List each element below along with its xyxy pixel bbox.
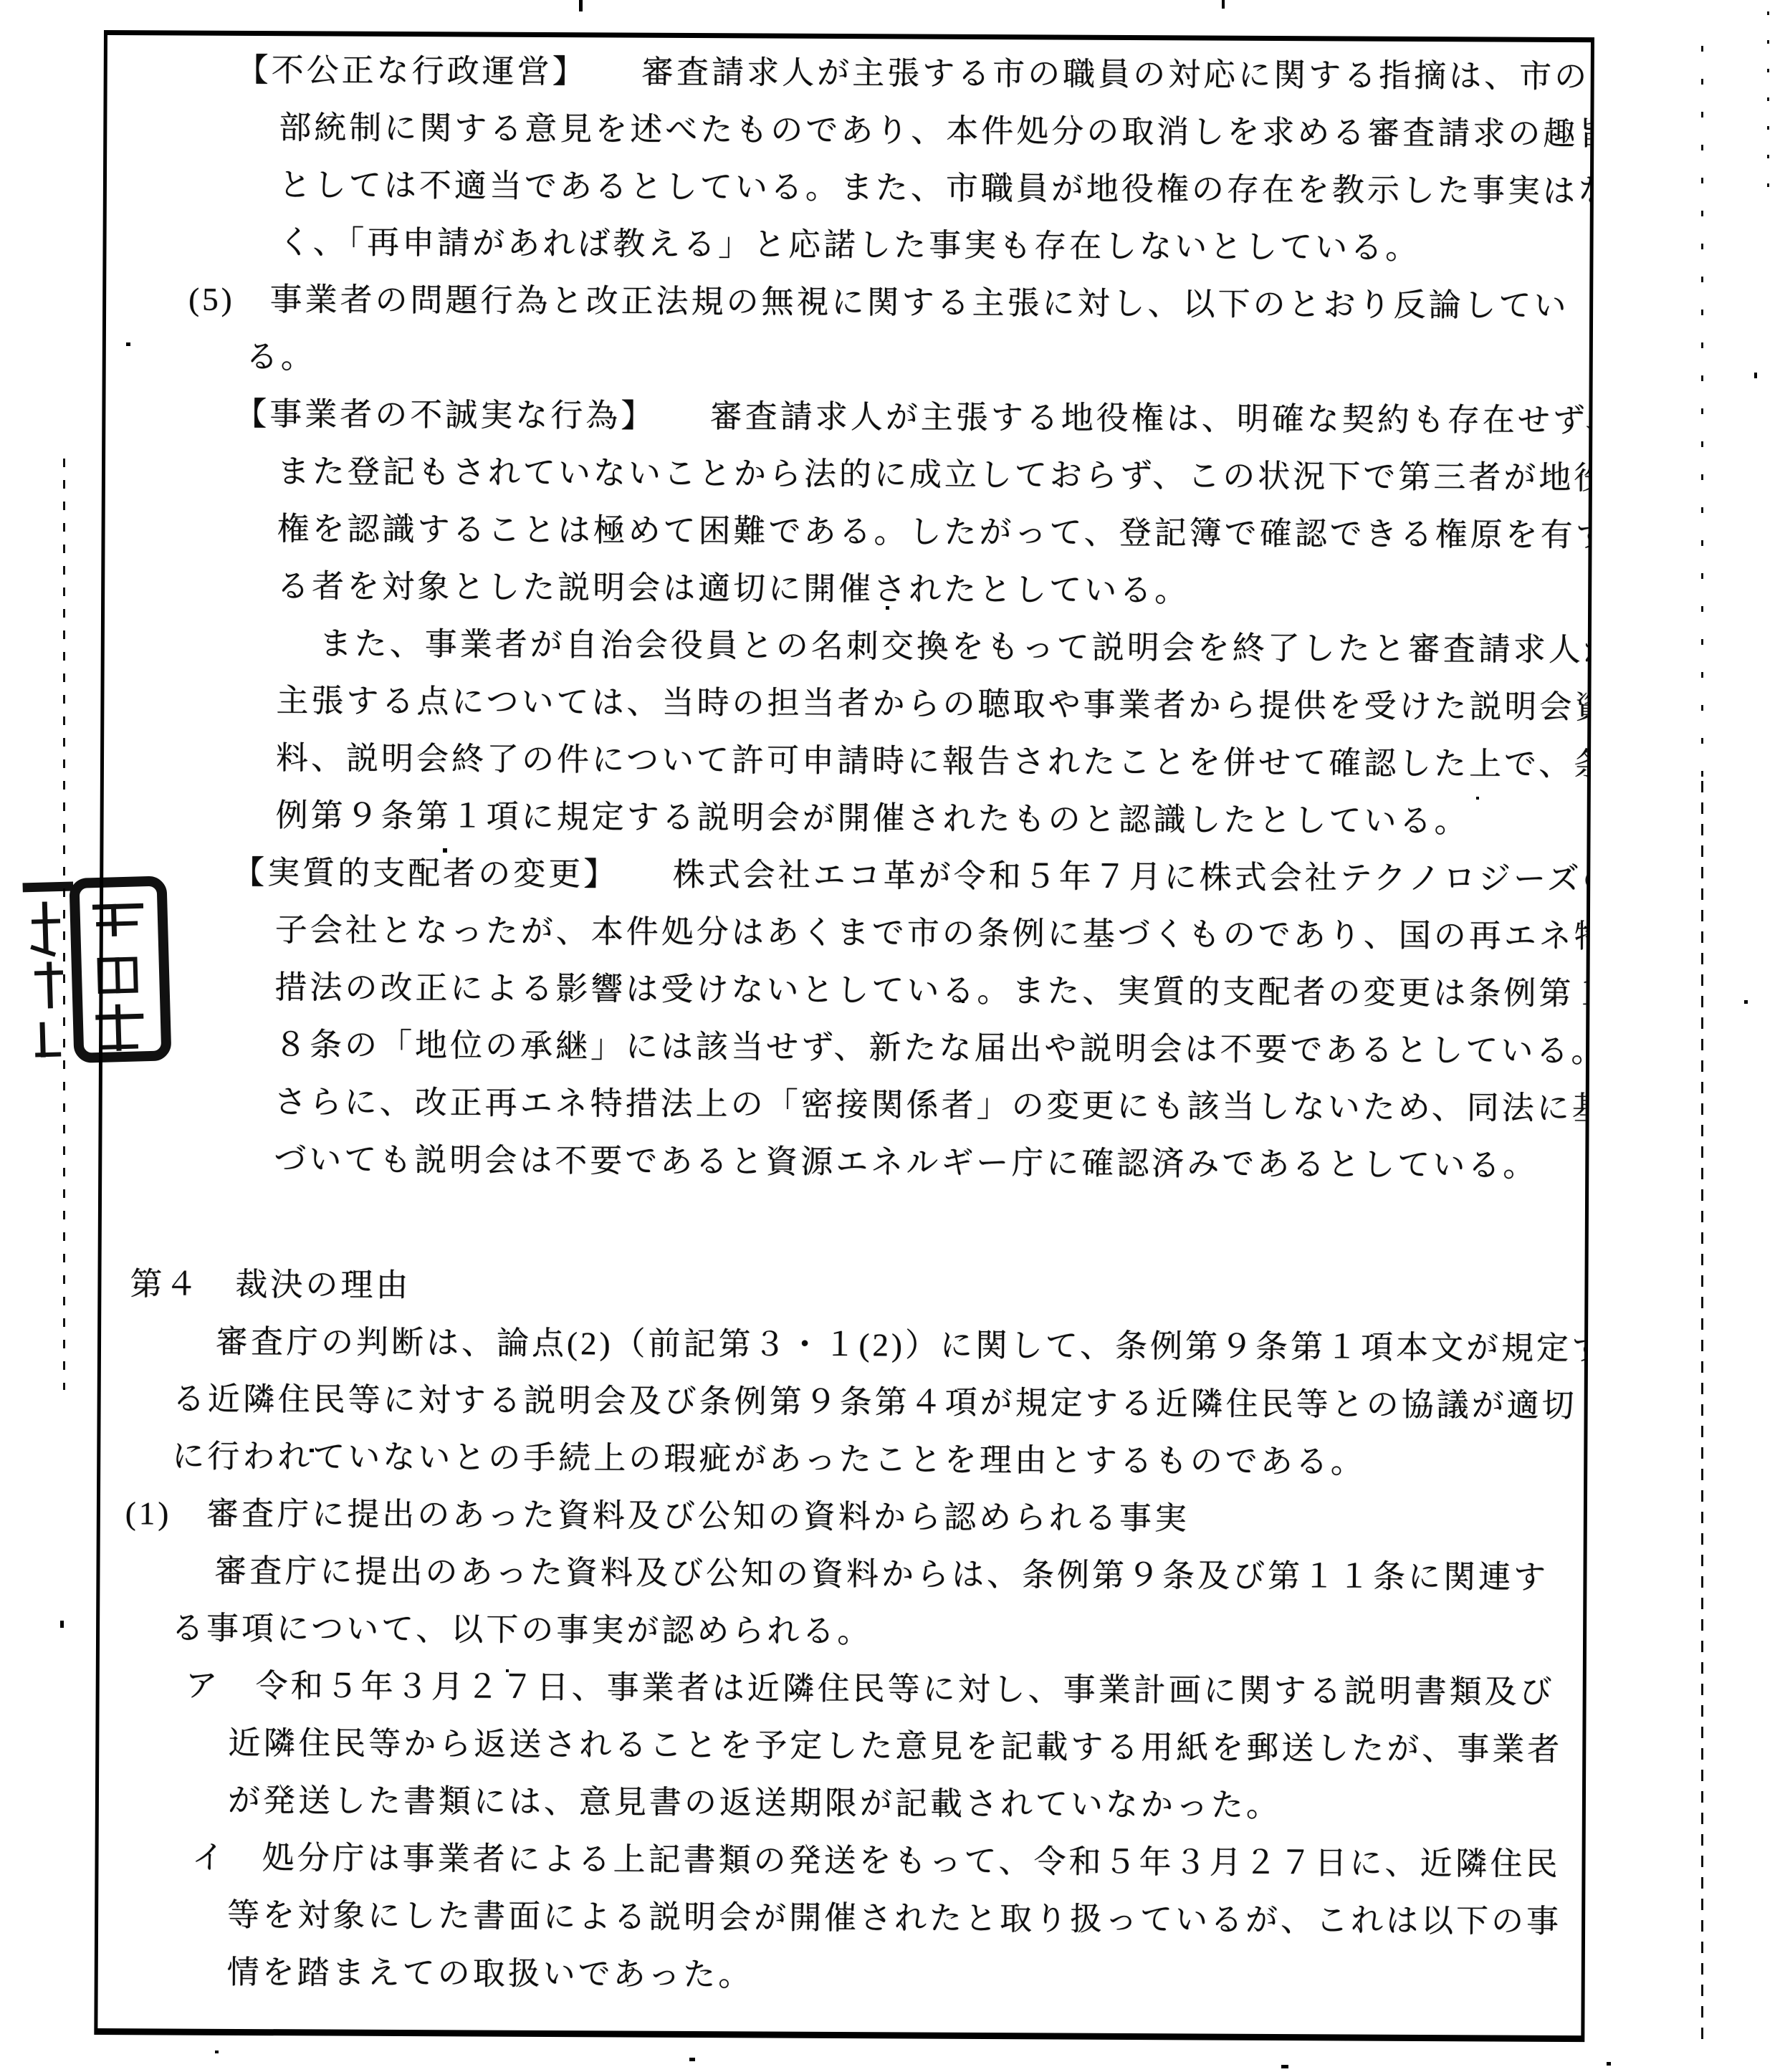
text-line: イ 処分庁は事業者による上記書類の発送をもって、令和５年３月２７日に、近隣住民 [98,1828,1582,1893]
text-line: る事項について、以下の事実が認められる。 [100,1599,1583,1664]
text-line: また、事業者が自治会役員との名刺交換をもって説明会を終了したと審査請求人が [105,614,1588,678]
text-line: く、「再申請があれば教える」と応諾した事実も存在しないとしている。 [106,213,1589,277]
text-line: る近隣住民等に対する説明会及び条例第９条第４項が規定する近隣住民等との協議が適切 [100,1370,1584,1434]
text-line: (1) 審査庁に提出のあった資料及び公知の資料から認められる事実 [100,1485,1584,1549]
scan-artifact-right-dotted-line-top [1767,11,1769,191]
text-line: 料、説明会終了の件について許可申請時に報告されたことを併せて確認した上で、条 [104,729,1587,793]
text-line: 第４ 裁決の理由 [101,1255,1584,1320]
scan-noise-speck [1222,0,1225,9]
scan-noise-speck [1754,373,1757,378]
scan-noise-speck [1607,2062,1611,2066]
scan-noise-speck [443,848,447,853]
text-line: 【実質的支配者の変更】 株式会社エコ革が令和５年７月に株式会社テクノロジーズの [103,843,1587,908]
text-line: 審査庁に提出のあった資料及び公知の資料からは、条例第９条及び第１１条に関連す [100,1542,1583,1606]
scan-noise-speck [886,606,889,610]
scan-noise-speck [126,342,130,346]
text-line: 等を対象にした書面による説明会が開催されたと取り扱っているが、これは以下の事 [98,1886,1582,1950]
text-line: さらに、改正再エネ特措法上の「密接関係者」の変更にも該当しないため、同法に基 [102,1073,1585,1137]
text-line: 主張する点については、当時の担当者からの聴取や事業者から提供を受けた説明会資 [104,671,1587,736]
text-line: としては不適当であるとしている。また、市職員が地役権の存在を教示した事実はな [107,155,1590,220]
text-line: 部統制に関する意見を述べたものであり、本件処分の取消しを求める審査請求の趣旨 [107,98,1590,163]
document-text: 【不公正な行政運営】 審査請求人が主張する市の職員の対応に関する指摘は、市の内部… [98,41,1591,2008]
text-line: 【不公正な行政運営】 審査請求人が主張する市の職員の対応に関する指摘は、市の内 [107,41,1591,105]
text-line: る者を対象とした説明会は適切に開催されたとしている。 [105,557,1588,621]
text-line: (5) 事業者の問題行為と改正法規の無視に関する主張に対し、以下のとおり反論して… [106,270,1589,335]
scan-noise-speck [60,1621,64,1628]
text-line: 近隣住民等から返送されることを予定した意見を記載する用紙を郵送したが、事業者 [99,1714,1582,1778]
scan-noise-speck [215,2051,219,2053]
text-line: 【事業者の不誠実な行為】 審査請求人が主張する地役権は、明確な契約も存在せず、 [105,385,1589,449]
text-line: が発送した書類には、意見書の返送期限が記載されていなかった。 [99,1771,1582,1836]
text-line: る。 [106,327,1589,392]
scanned-document-page: { "page": { "background": "#ffffff", "in… [0,0,1780,2072]
scan-noise-speck [689,2058,695,2061]
text-line: 例第９条第１項に規定する説明会が開催されたものと認識したとしている。 [103,786,1587,850]
scan-noise-speck [506,1669,509,1672]
scan-artifact-right-dashed-line-lower [1701,781,1703,2042]
text-line: 情を踏まえての取扱いであった。 [98,1943,1582,2008]
official-seal-stamp [22,873,174,1070]
text-line: に行われていないとの手続上の瑕疵があったことを理由とするものである。 [100,1427,1584,1492]
scan-noise-speck [962,1000,965,1003]
text-line: 審査庁の判断は、論点(2)（前記第３・１(2)）に関して、条例第９条第１項本文が… [101,1313,1584,1377]
text-line: また登記もされていないことから法的に成立しておらず、この状況下で第三者が地役 [105,442,1589,507]
scan-artifact-right-dashed-line-upper [1701,46,1703,777]
page-border-frame: 【不公正な行政運営】 審査請求人が主張する市の職員の対応に関する指摘は、市の内部… [94,30,1594,2042]
scan-noise-speck [1476,797,1479,800]
text-line: 子会社となったが、本件処分はあくまで市の条例に基づくものであり、国の再エネ特 [103,901,1587,965]
scan-noise-speck [1281,2065,1288,2068]
scan-noise-speck [310,1449,314,1452]
text-line: 権を認識することは極めて困難である。したがって、登記簿で確認できる権原を有す [105,499,1588,564]
text-line: ８条の「地位の承継」には該当せず、新たな届出や説明会は不要であるとしている。 [102,1015,1586,1080]
text-line: 措法の改正による影響は受けないとしている。また、実質的支配者の変更は条例第１ [102,958,1586,1022]
scan-noise-speck [579,0,583,11]
text-line: ア 令和５年３月２７日、事業者は近隣住民等に対し、事業計画に関する説明書類及び [100,1656,1583,1721]
text-line: づいても説明会は不要であると資源エネルギー庁に確認済みであるとしている。 [102,1130,1585,1194]
scan-noise-speck [1744,1000,1748,1004]
